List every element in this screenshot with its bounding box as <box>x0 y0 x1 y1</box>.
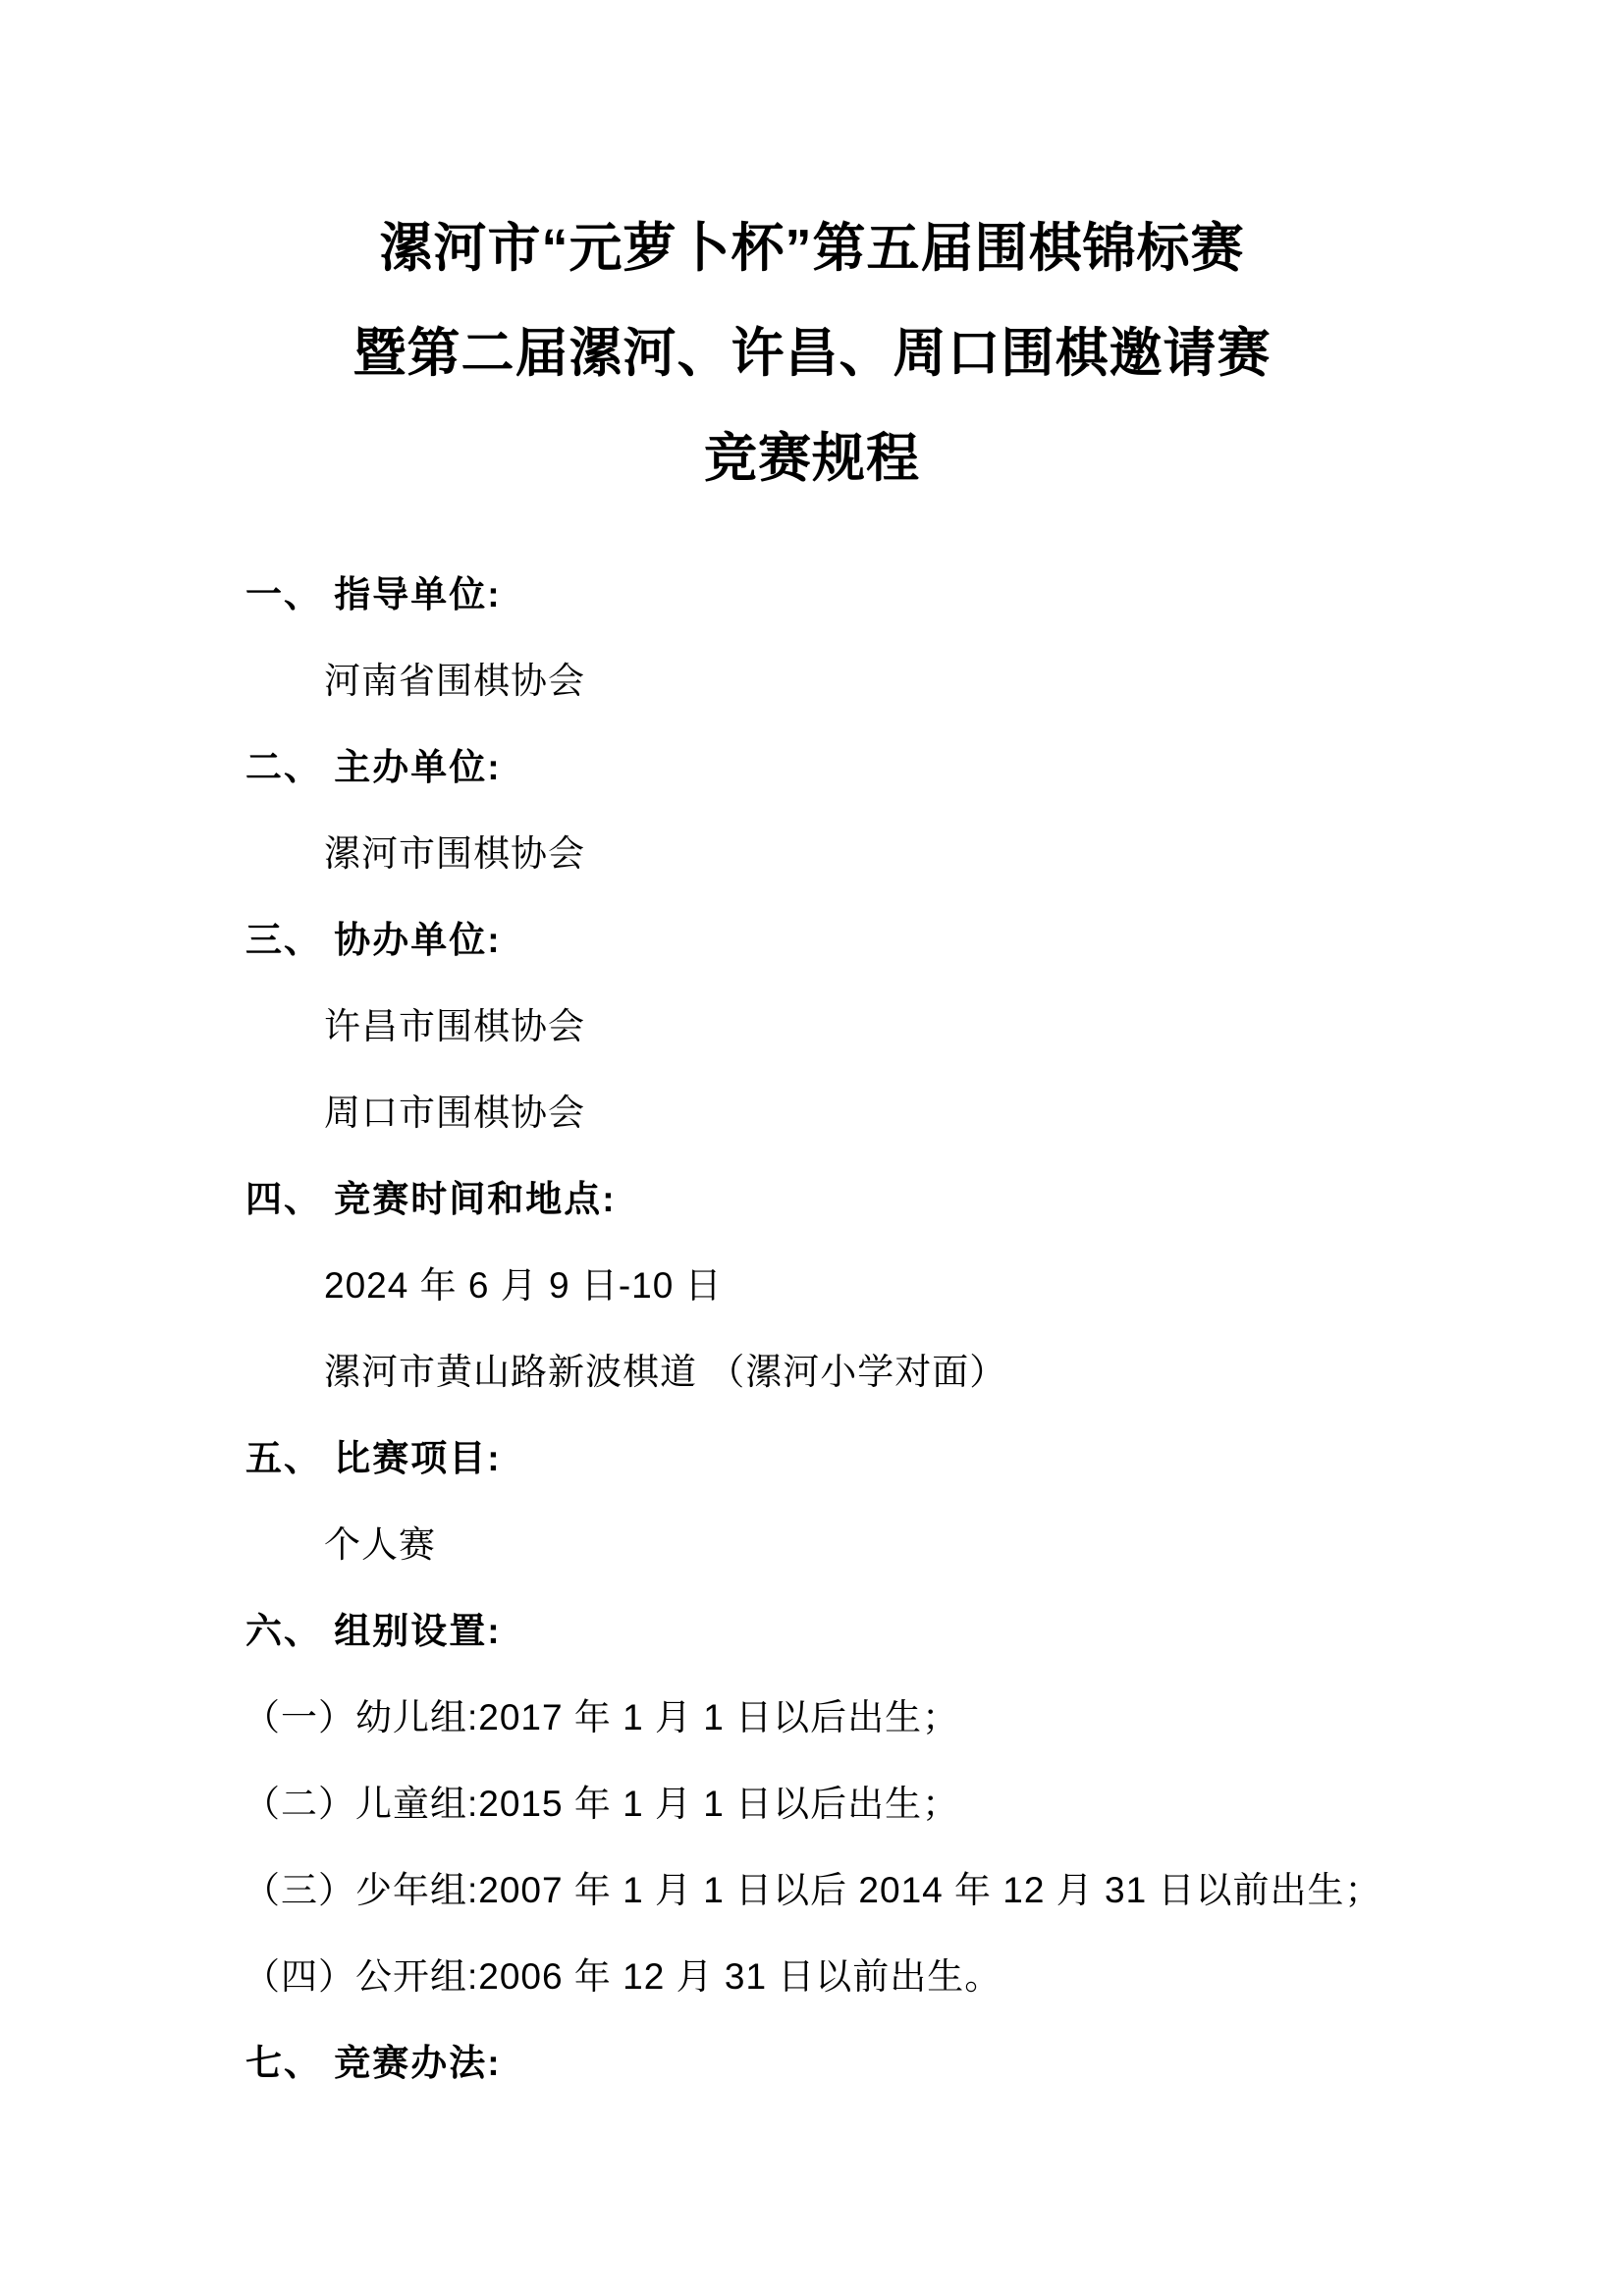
section-heading-coorganizer: 三、 协办单位: <box>245 897 1624 984</box>
title-line-2: 暨第二届漯河、许昌、周口围棋邀请赛 <box>0 301 1624 406</box>
event-value: 个人赛 <box>324 1502 1624 1588</box>
section-heading-events: 五、 比赛项目: <box>245 1415 1624 1502</box>
coorganizer-value-2: 周口市围棋协会 <box>324 1070 1624 1156</box>
section-heading-method: 七、 竞赛办法: <box>245 2020 1624 2107</box>
group-item-children: （二）儿童组:2015 年 1 月 1 日以后出生； <box>244 1761 1624 1847</box>
title-line-3: 竞赛规程 <box>0 406 1624 511</box>
competition-date: 2024 年 6 月 9 日-10 日 <box>324 1243 1624 1329</box>
coorganizer-value-1: 许昌市围棋协会 <box>324 984 1624 1070</box>
title-line-1: 漯河市“元萝卜杯”第五届围棋锦标赛 <box>0 196 1624 301</box>
host-unit-value: 漯河市围棋协会 <box>324 811 1624 897</box>
competition-venue: 漯河市黄山路新波棋道 （漯河小学对面） <box>324 1329 1624 1415</box>
document-title: 漯河市“元萝卜杯”第五届围棋锦标赛 暨第二届漯河、许昌、周口围棋邀请赛 竞赛规程 <box>0 196 1624 511</box>
section-heading-host-unit: 二、 主办单位: <box>245 724 1624 811</box>
section-heading-guiding-unit: 一、 指导单位: <box>245 552 1624 638</box>
group-item-open: （四）公开组:2006 年 12 月 31 日以前出生。 <box>244 1934 1624 2020</box>
group-item-kindergarten: （一）幼儿组:2017 年 1 月 1 日以后出生； <box>244 1675 1624 1761</box>
section-heading-groups: 六、 组别设置: <box>245 1588 1624 1675</box>
section-heading-time-place: 四、 竞赛时间和地点: <box>245 1156 1624 1243</box>
document-body: 一、 指导单位: 河南省围棋协会 二、 主办单位: 漯河市围棋协会 三、 协办单… <box>0 552 1624 2107</box>
group-item-youth: （三）少年组:2007 年 1 月 1 日以后 2014 年 12 月 31 日… <box>244 1847 1624 1934</box>
document-page: 漯河市“元萝卜杯”第五届围棋锦标赛 暨第二届漯河、许昌、周口围棋邀请赛 竞赛规程… <box>0 0 1624 2296</box>
guiding-unit-value: 河南省围棋协会 <box>324 638 1624 724</box>
